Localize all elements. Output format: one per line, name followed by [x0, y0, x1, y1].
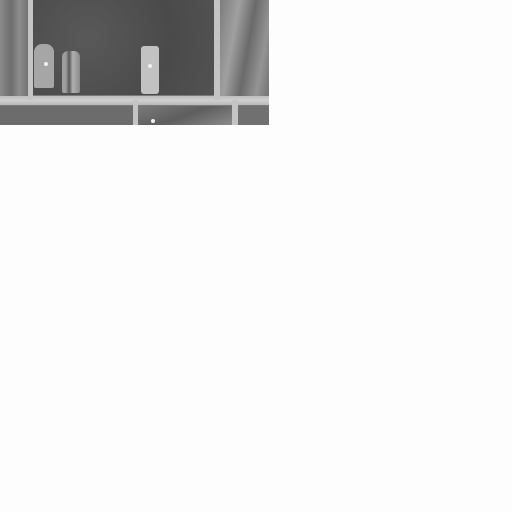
parcel-east	[220, 0, 269, 96]
road-vertical-east	[214, 0, 220, 100]
building-1	[34, 44, 54, 88]
road-vertical-west	[28, 0, 33, 100]
parcel-central	[33, 0, 214, 95]
road-vertical-south-middle	[133, 100, 138, 125]
light-spot	[44, 62, 48, 66]
light-spot	[148, 64, 152, 68]
road-vertical-south-east	[232, 100, 238, 125]
building-3	[141, 46, 159, 94]
parcel-west	[0, 0, 28, 96]
building-2	[62, 51, 80, 93]
aerial-image-tile	[0, 0, 269, 125]
parcel-southeast	[238, 106, 269, 125]
parcel-southwest	[0, 106, 134, 125]
light-spot	[151, 119, 155, 123]
